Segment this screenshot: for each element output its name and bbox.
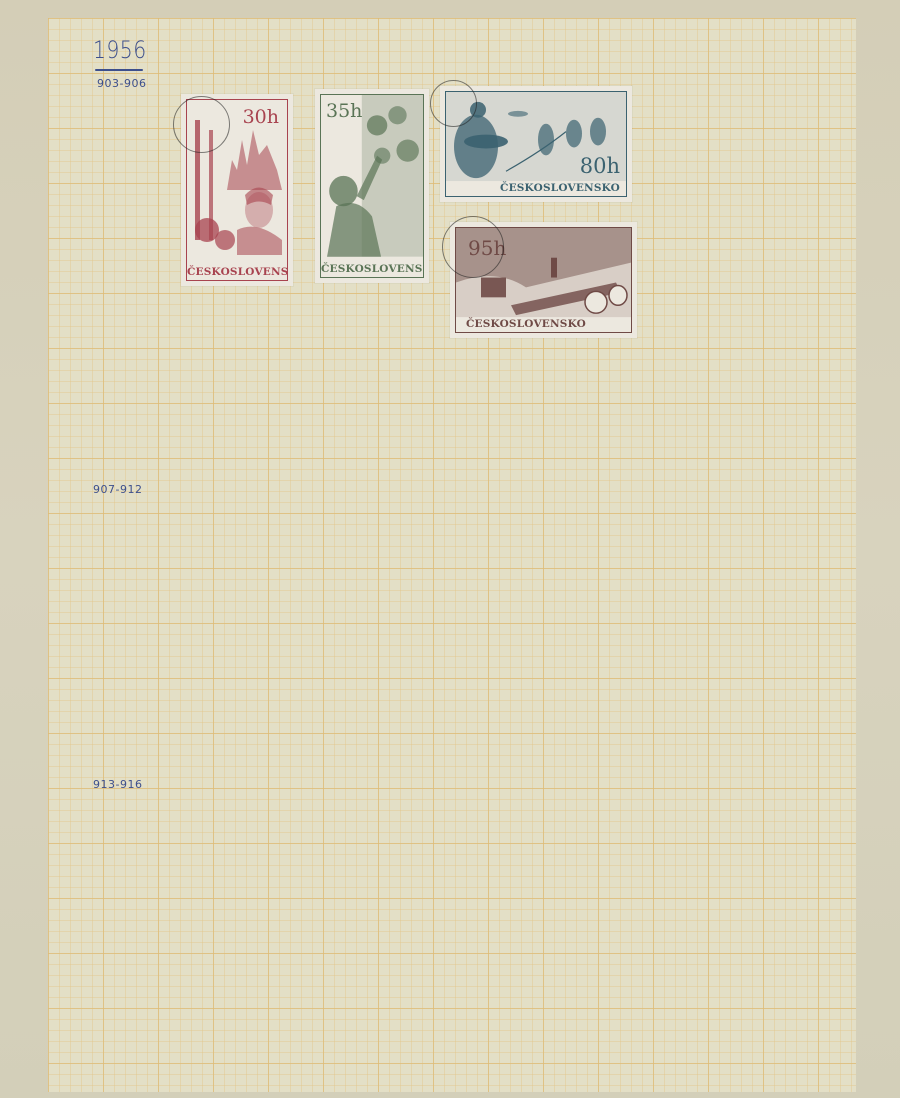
stamp-value: 95h: [468, 236, 506, 260]
hop-picking-illustration: [321, 95, 423, 277]
stamp-grape-harvest: 30h ČESKOSLOVENSKO: [181, 94, 293, 286]
catalog-range-1: 903-906: [97, 77, 146, 90]
stamp-frame: 30h ČESKOSLOVENSKO: [186, 99, 288, 281]
stamp-frame: 35h ČESKOSLOVENSKO: [320, 94, 424, 278]
stamp-frame: 95h ČESKOSLOVENSKO: [455, 227, 632, 333]
stamp-country: ČESKOSLOVENSKO: [187, 266, 287, 278]
stamp-country: ČESKOSLOVENSKO: [456, 318, 631, 330]
stamp-value: 35h: [326, 100, 362, 122]
stamp-frame: 80h ČESKOSLOVENSKO: [445, 91, 627, 197]
stamp-forestry: 95h ČESKOSLOVENSKO: [450, 222, 637, 338]
catalog-range-3: 913-916: [93, 778, 142, 791]
stamp-country: ČESKOSLOVENSKO: [446, 182, 626, 194]
stamp-value: 30h: [243, 106, 279, 128]
fishermen-illustration: [446, 92, 626, 196]
stamp-hop-picking: 35h ČESKOSLOVENSKO: [315, 89, 429, 283]
stamp-value: 80h: [580, 154, 620, 178]
year-heading: 1956: [93, 36, 147, 64]
year-underline: [95, 69, 143, 71]
stamp-fishermen: 80h ČESKOSLOVENSKO: [440, 86, 632, 202]
stamp-country: ČESKOSLOVENSKO: [321, 263, 423, 275]
catalog-range-2: 907-912: [93, 483, 142, 496]
